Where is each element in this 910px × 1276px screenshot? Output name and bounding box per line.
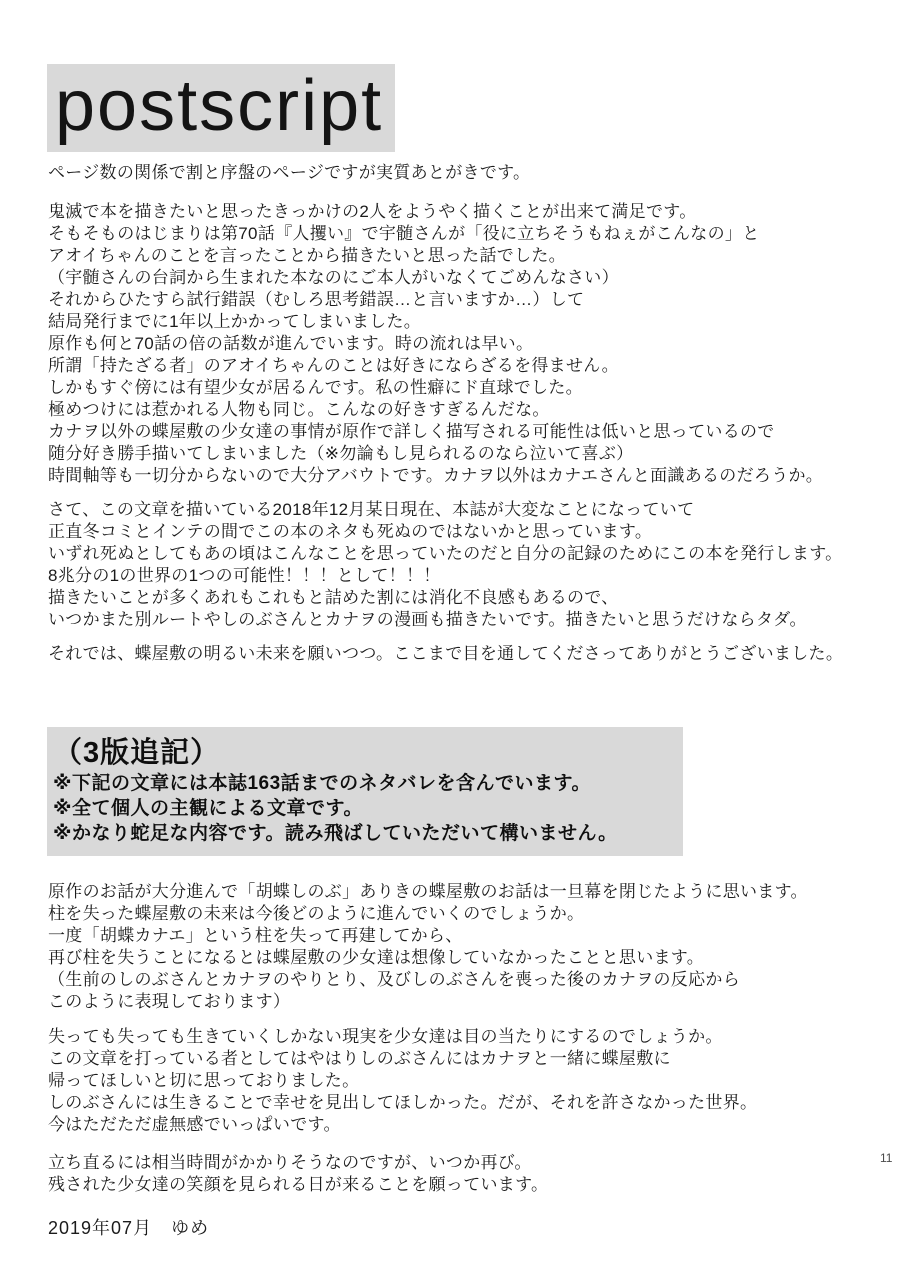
text-line: （宇髄さんの台詞から生まれた本なのにご本人がいなくてごめんなさい） bbox=[48, 267, 823, 289]
text-line: 随分好き勝手描いてしまいました（※勿論もし見られるのなら泣いて喜ぶ） bbox=[48, 443, 823, 465]
text-line: 今はただただ虚無感でいっぱいです。 bbox=[48, 1114, 757, 1136]
notice-title: （3版追記） bbox=[53, 735, 675, 771]
text-line: さて、この文章を描いている2018年12月某日現在、本誌が大変なことになっていて bbox=[48, 499, 842, 521]
text-line: 立ち直るには相当時間がかかりそうなのですが、いつか再び。 bbox=[48, 1152, 548, 1174]
text-line: 鬼滅で本を描きたいと思ったきっかけの2人をようやく描くことが出来て満足です。 bbox=[48, 201, 823, 223]
text-line: 時間軸等も一切分からないので大分アバウトです。カナヲ以外はカナエさんと面識あるの… bbox=[48, 465, 823, 487]
third-edition-notice: （3版追記） ※下記の文章には本誌163話までのネタバレを含んでいます。 ※全て… bbox=[47, 727, 683, 856]
text-line: このように表現しております） bbox=[48, 991, 808, 1013]
text-line: 帰ってほしいと切に思っておりました。 bbox=[48, 1070, 757, 1092]
text-line: 再び柱を失うことになるとは蝶屋敷の少女達は想像していなかったことと思います。 bbox=[48, 947, 808, 969]
notice-line: ※全て個人の主観による文章です。 bbox=[53, 796, 675, 821]
text-line: いつかまた別ルートやしのぶさんとカナヲの漫画も描きたいです。描きたいと思うだけな… bbox=[48, 609, 842, 631]
afterword-paragraph-1: 鬼滅で本を描きたいと思ったきっかけの2人をようやく描くことが出来て満足です。そも… bbox=[48, 201, 823, 487]
notice-line: ※下記の文章には本誌163話までのネタバレを含んでいます。 bbox=[53, 771, 675, 796]
text-line: （生前のしのぶさんとカナヲのやりとり、及びしのぶさんを喪った後のカナヲの反応から bbox=[48, 969, 808, 991]
text-line: それからひたすら試行錯誤（むしろ思考錯誤…と言いますか…）して bbox=[48, 289, 823, 311]
text-line: 所謂「持たざる者」のアオイちゃんのことは好きにならざるを得ません。 bbox=[48, 355, 823, 377]
addendum-paragraph-2: 失っても失っても生きていくしかない現実を少女達は目の当たりにするのでしょうか。こ… bbox=[48, 1026, 757, 1136]
text-line: しかもすぐ傍には有望少女が居るんです。私の性癖にド直球でした。 bbox=[48, 377, 823, 399]
text-line: 一度「胡蝶カナエ」という柱を失って再建してから、 bbox=[48, 925, 808, 947]
text-line: ページ数の関係で割と序盤のページですが実質あとがきです。 bbox=[48, 162, 530, 184]
afterword-paragraph-2: さて、この文章を描いている2018年12月某日現在、本誌が大変なことになっていて… bbox=[48, 499, 842, 631]
text-line: そもそものはじまりは第70話『人攫い』で宇髄さんが「役に立ちそうもねぇがこんなの… bbox=[48, 223, 823, 245]
page-number: 11 bbox=[880, 1151, 892, 1165]
addendum-paragraph-3: 立ち直るには相当時間がかかりそうなのですが、いつか再び。残された少女達の笑顔を見… bbox=[48, 1152, 548, 1196]
text-line: 残された少女達の笑顔を見られる日が来ることを願っています。 bbox=[48, 1174, 548, 1196]
postscript-page: postscript ページ数の関係で割と序盤のページですが実質あとがきです。 … bbox=[0, 0, 910, 1276]
date-signature: 2019年07月 ゆめ bbox=[48, 1216, 209, 1240]
text-line: この文章を打っている者としてはやはりしのぶさんにはカナヲと一緒に蝶屋敷に bbox=[48, 1048, 757, 1070]
text-line: カナヲ以外の蝶屋敷の少女達の事情が原作で詳しく描写される可能性は低いと思っている… bbox=[48, 421, 823, 443]
addendum-paragraph-1: 原作のお話が大分進んで「胡蝶しのぶ」ありきの蝶屋敷のお話は一旦幕を閉じたように思… bbox=[48, 881, 808, 1013]
text-line: 結局発行までに1年以上かかってしまいました。 bbox=[48, 311, 823, 333]
afterword-closing: それでは、蝶屋敷の明るい未来を願いつつ。ここまで目を通してくださってありがとうご… bbox=[48, 643, 843, 665]
text-line: 正直冬コミとインテの間でこの本のネタも死ぬのではないかと思っています。 bbox=[48, 521, 842, 543]
text-line: 失っても失っても生きていくしかない現実を少女達は目の当たりにするのでしょうか。 bbox=[48, 1026, 757, 1048]
text-line: アオイちゃんのことを言ったことから描きたいと思った話でした。 bbox=[48, 245, 823, 267]
intro-line: ページ数の関係で割と序盤のページですが実質あとがきです。 bbox=[48, 162, 530, 184]
page-title: postscript bbox=[47, 64, 395, 152]
text-line: 描きたいことが多くあれもこれもと詰めた割には消化不良感もあるので、 bbox=[48, 587, 842, 609]
text-line: 極めつけには惹かれる人物も同じ。こんなの好きすぎるんだな。 bbox=[48, 399, 823, 421]
notice-line: ※かなり蛇足な内容です。読み飛ばしていただいて構いません。 bbox=[53, 821, 675, 846]
text-line: いずれ死ぬとしてもあの頃はこんなことを思っていたのだと自分の記録のためにこの本を… bbox=[48, 543, 842, 565]
text-line: 原作のお話が大分進んで「胡蝶しのぶ」ありきの蝶屋敷のお話は一旦幕を閉じたように思… bbox=[48, 881, 808, 903]
text-line: 原作も何と70話の倍の話数が進んでいます。時の流れは早い。 bbox=[48, 333, 823, 355]
text-line: 柱を失った蝶屋敷の未来は今後どのように進んでいくのでしょうか。 bbox=[48, 903, 808, 925]
text-line: 8兆分の1の世界の1つの可能性！！！として！！！ bbox=[48, 565, 842, 587]
text-line: しのぶさんには生きることで幸せを見出してほしかった。だが、それを許さなかった世界… bbox=[48, 1092, 757, 1114]
text-line: それでは、蝶屋敷の明るい未来を願いつつ。ここまで目を通してくださってありがとうご… bbox=[48, 643, 843, 665]
